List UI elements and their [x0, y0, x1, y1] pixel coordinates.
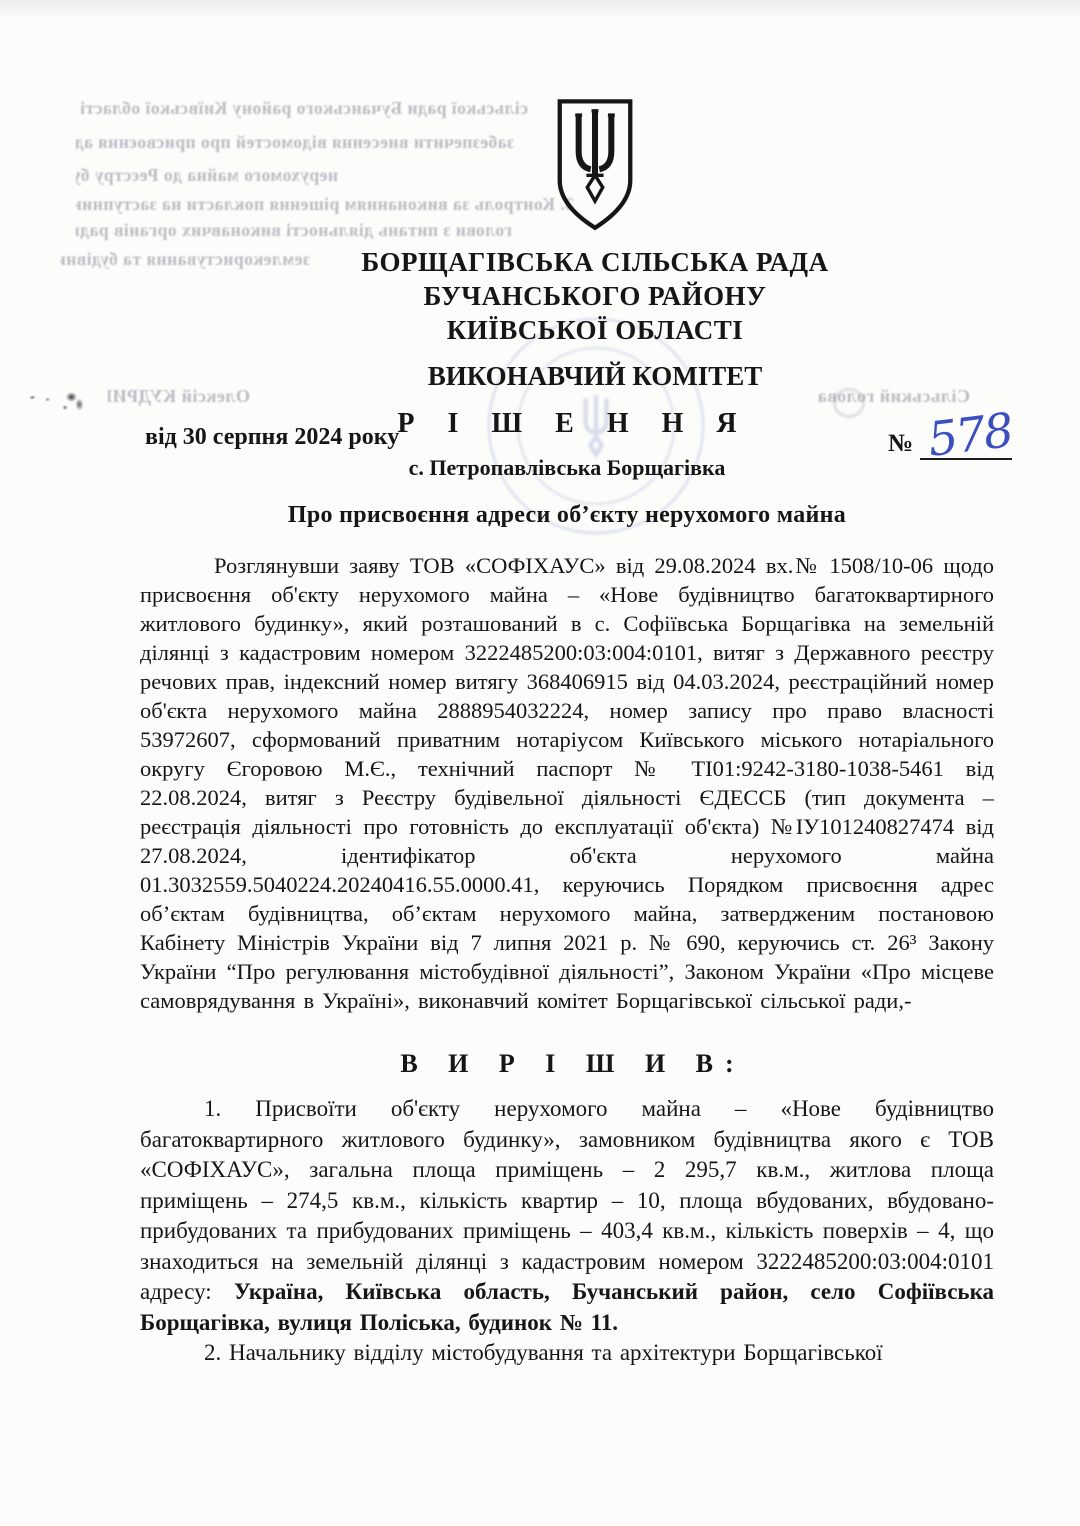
- resolution-item-1: 1. Присвоїти об'єкту нерухомого майна – …: [140, 1094, 994, 1338]
- scan-shadow-top: [0, 0, 1080, 20]
- document-content: БОРЩАГІВСЬКА СІЛЬСЬКА РАДА БУЧАНСЬКОГО Р…: [0, 95, 1080, 1369]
- resolved-heading: В И Р І Ш И В:: [140, 1049, 994, 1079]
- subject-title: Про присвоєння адреси об’єкту нерухомого…: [140, 502, 994, 529]
- place-line: с. Петропавлівська Борщагівка: [140, 455, 994, 481]
- ukraine-trident-emblem: [168, 95, 1022, 235]
- ink-smudge: [57, 385, 89, 415]
- item1-text: 1. Присвоїти об'єкту нерухомого майна – …: [140, 1096, 994, 1304]
- committee-title: ВИКОНАВЧИЙ КОМІТЕТ: [168, 361, 1022, 392]
- org-name-line1: БОРЩАГІВСЬКА СІЛЬСЬКА РАДА: [168, 245, 1022, 279]
- item1-address-bold: Україна, Київська область, Бучанський ра…: [140, 1279, 994, 1335]
- preamble-paragraph: Розглянувши заяву ТОВ «СОФІХАУС» від 29.…: [140, 551, 994, 1015]
- org-name-line3: КИЇВСЬКОЇ ОБЛАСТІ: [168, 313, 1022, 347]
- org-name-line2: БУЧАНСЬКОГО РАЙОНУ: [168, 279, 1022, 313]
- org-name: БОРЩАГІВСЬКА СІЛЬСЬКА РАДА БУЧАНСЬКОГО Р…: [168, 245, 1022, 347]
- trident-shield-icon: [552, 95, 638, 235]
- resolution-item-2: 2. Начальнику відділу містобудування та …: [140, 1338, 994, 1369]
- scanned-document-page: сільської ради Бучанського району Київсь…: [0, 0, 1080, 1526]
- document-type-title: Р І Ш Е Н Н Я: [140, 408, 994, 440]
